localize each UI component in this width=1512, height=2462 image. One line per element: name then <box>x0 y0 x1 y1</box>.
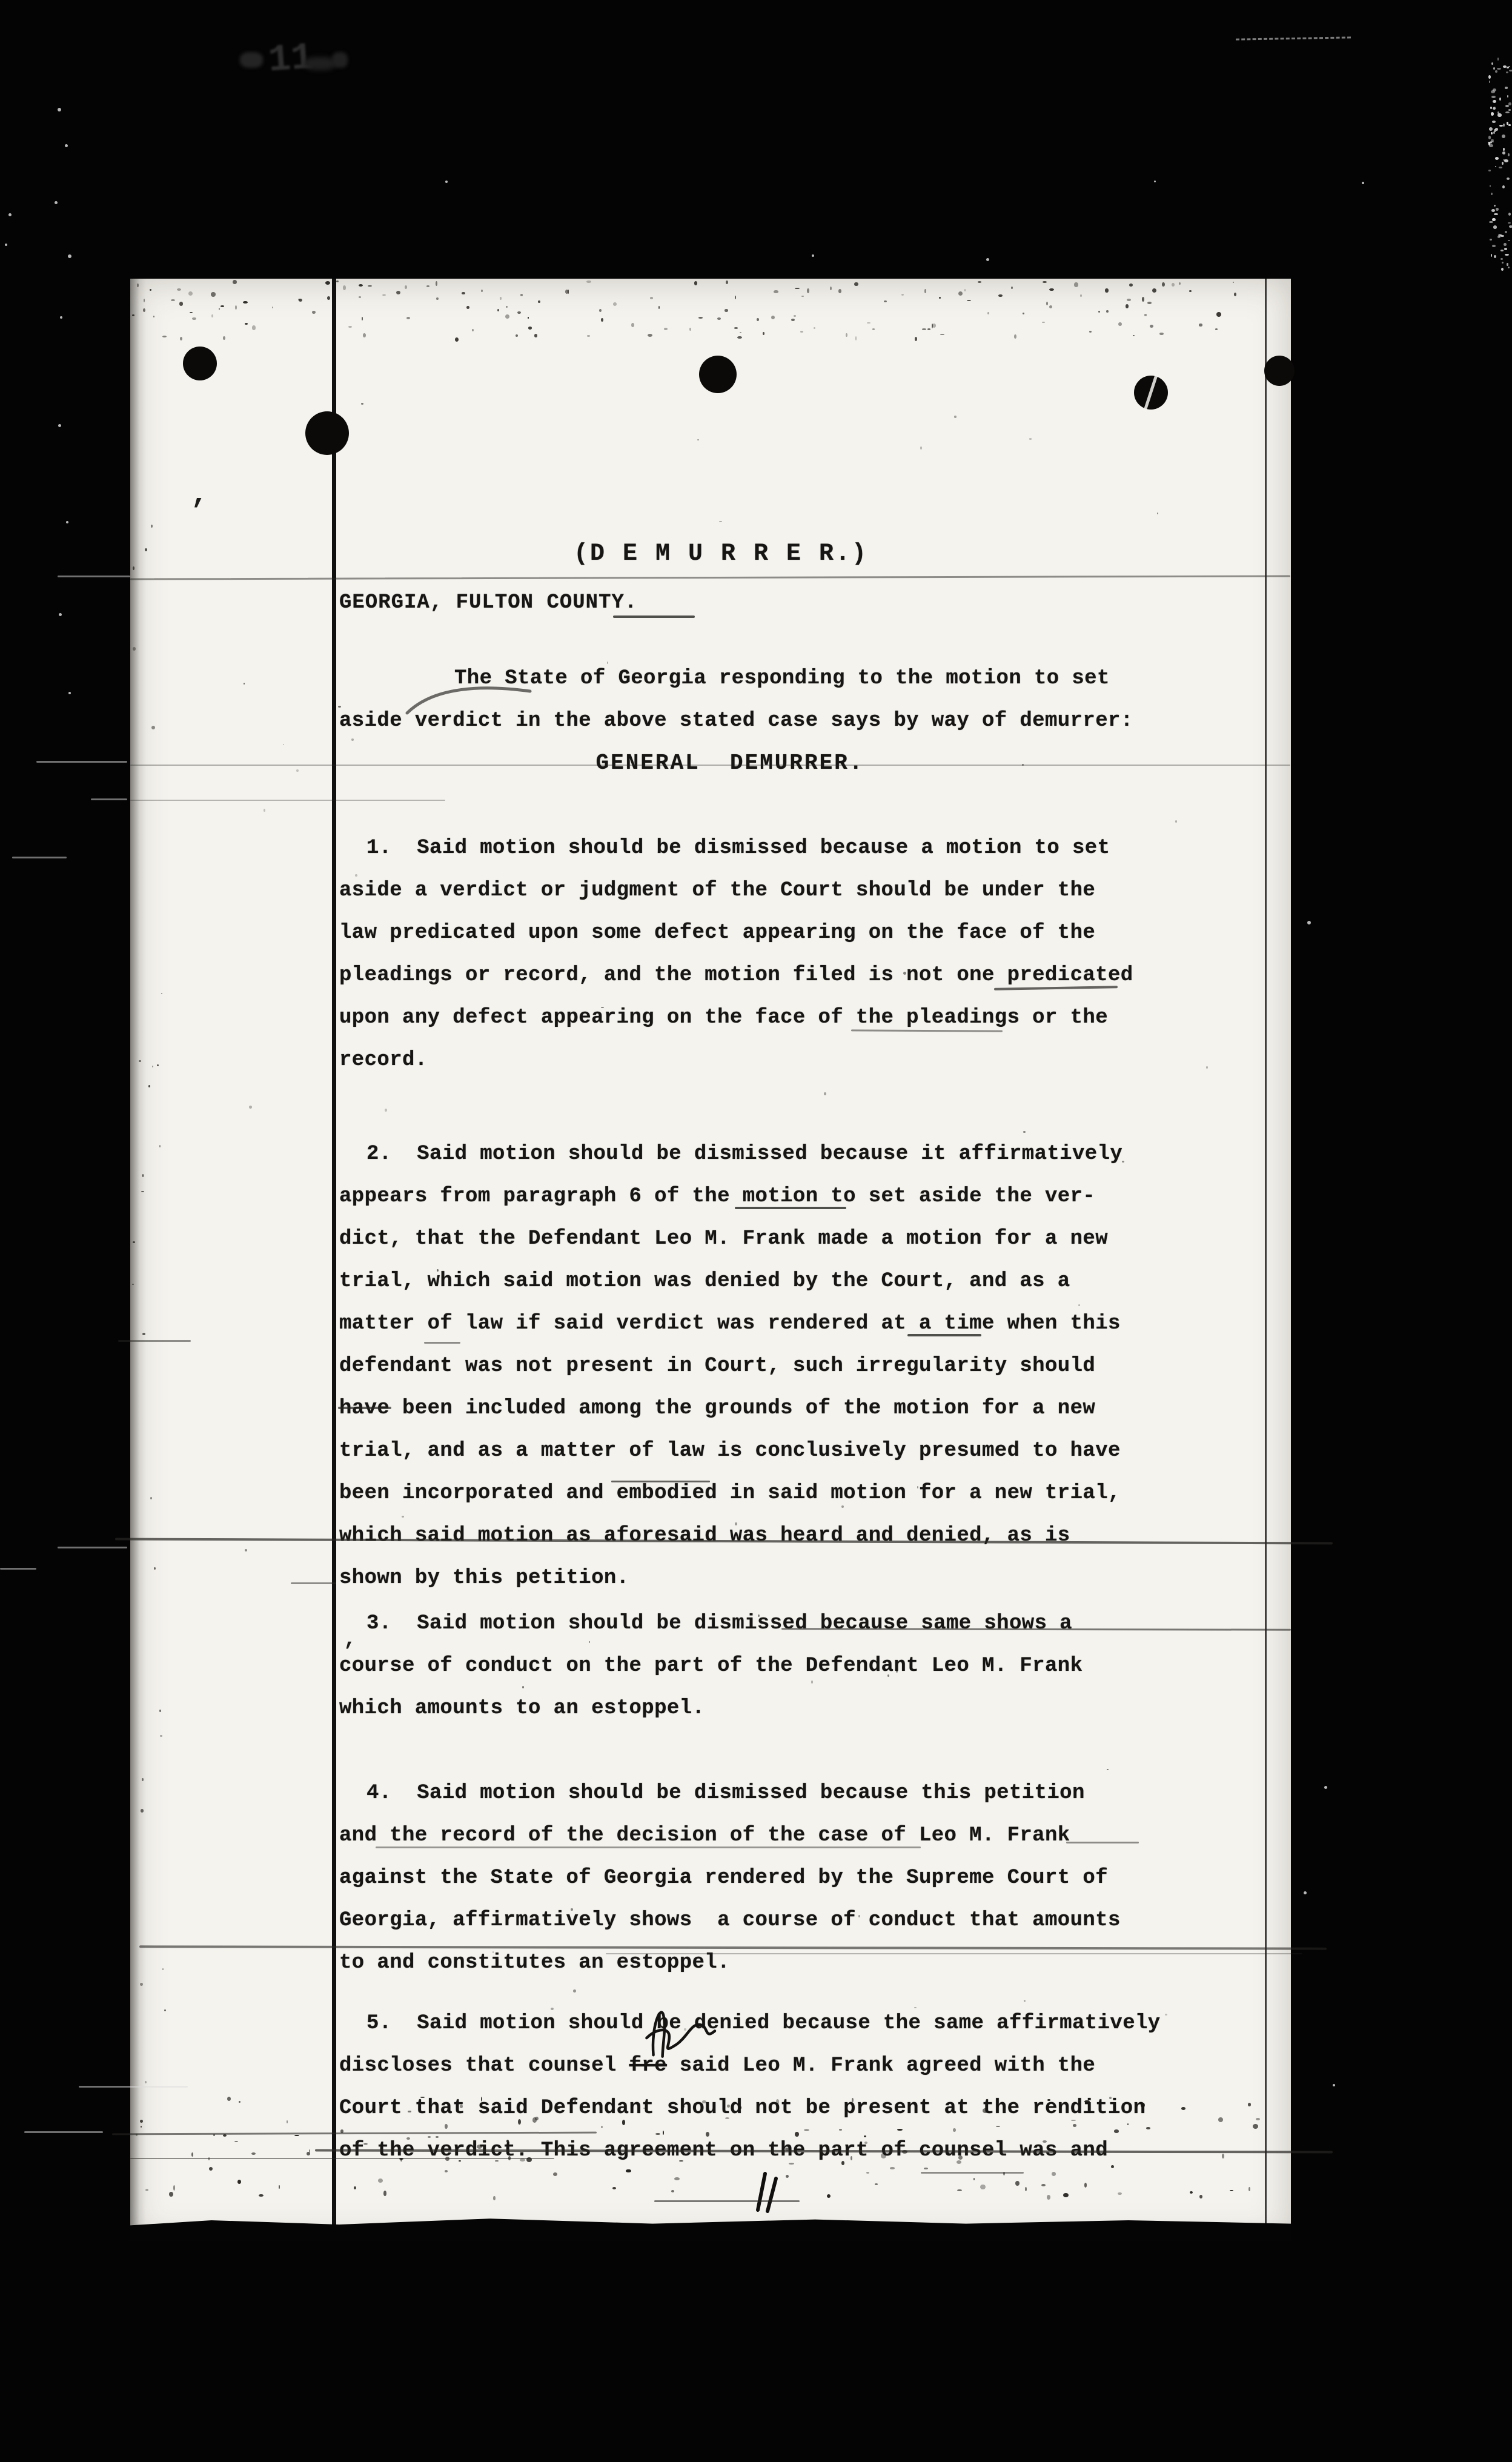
paper-speck <box>462 292 465 294</box>
paper-speck <box>136 2134 138 2137</box>
film-edge-speck <box>1502 151 1506 154</box>
film-edge-speck <box>1502 134 1505 138</box>
paper-speck <box>698 317 703 318</box>
film-top-blob <box>240 52 263 68</box>
film-edge-speck <box>1493 107 1496 110</box>
film-edge-speck <box>1499 167 1502 168</box>
line-segment: said Leo M. Frank agreed with the <box>667 2054 1095 2077</box>
paper-speck <box>866 2172 869 2174</box>
paper-speck <box>145 548 148 551</box>
paper-speck <box>133 647 136 650</box>
paper-speck <box>1126 304 1129 308</box>
paper-speck <box>296 769 298 772</box>
paper-speck <box>436 2136 439 2138</box>
paper-speck <box>351 738 354 741</box>
paper-speck <box>237 2180 241 2184</box>
paper-speck <box>1047 2195 1050 2200</box>
paper-speck <box>643 2108 645 2109</box>
paper-speck <box>648 334 652 337</box>
paper-speck <box>901 294 904 296</box>
margin-streak <box>79 2086 188 2088</box>
paper-speck <box>1142 297 1144 301</box>
paper-speck <box>655 2133 660 2135</box>
paper-speck <box>152 1066 154 1067</box>
text-line: law predicated upon some defect appearin… <box>339 912 1266 954</box>
white-fleck <box>68 692 71 694</box>
paper-speck <box>220 305 224 307</box>
paper-speck <box>382 294 386 296</box>
text-line: dict, that the Defendant Leo M. Frank ma… <box>339 1218 1266 1260</box>
paper-speck <box>795 2132 798 2137</box>
paper-speck <box>235 305 237 309</box>
paper-speck <box>571 1908 572 1911</box>
paper-speck <box>650 297 652 299</box>
paper-speck <box>672 848 674 851</box>
paper-speck <box>159 1710 161 1712</box>
paper-speck <box>1248 2187 1250 2191</box>
film-edge-speck <box>1508 213 1511 216</box>
film-edge-speck <box>1503 65 1507 68</box>
white-fleck <box>445 181 448 183</box>
film-edge-speck <box>1491 62 1493 65</box>
film-edge-speck <box>1493 67 1496 70</box>
paper-speck <box>402 1516 404 1518</box>
paper-speck <box>142 1778 144 1781</box>
text-line: record. <box>339 1039 1266 1081</box>
paper-speck <box>363 2143 368 2145</box>
paper-speck <box>209 2167 213 2171</box>
paper-speck <box>801 296 804 297</box>
film-edge-speck <box>1507 95 1508 98</box>
paper-speck <box>613 302 617 306</box>
paragraph-2: 2. Said motion should be dismissed becau… <box>339 1133 1266 1599</box>
paper-speck <box>173 2185 175 2191</box>
paper-speck <box>1111 2165 1113 2168</box>
scan-streak <box>654 2200 800 2202</box>
paper-speck <box>1118 322 1122 326</box>
text-line: 3. Said motion should be dismissed becau… <box>339 1602 1266 1645</box>
paper-speck <box>983 2108 987 2113</box>
paper-speck <box>1084 2100 1089 2103</box>
white-fleck <box>59 613 62 616</box>
film-edge-speck <box>1505 111 1510 113</box>
paper-speck <box>406 2137 411 2140</box>
paper-speck <box>518 2119 521 2125</box>
paper-speck <box>958 2155 963 2160</box>
margin-streak <box>91 798 127 800</box>
paper-speck <box>789 2163 794 2164</box>
film-edge-speck <box>1493 100 1496 103</box>
handwritten-page-mark <box>753 2170 780 2212</box>
paper-speck <box>890 2167 895 2169</box>
jurisdiction-line: GEORGIA, FULTON COUNTY. <box>339 582 1266 624</box>
white-fleck <box>5 244 7 246</box>
scan-streak <box>1066 1842 1139 1843</box>
paper-speck <box>208 2157 210 2160</box>
paper-speck <box>1011 287 1013 289</box>
paper-speck <box>574 2100 575 2103</box>
paper-speck <box>481 2097 482 2102</box>
paper-speck <box>526 2157 532 2162</box>
paper-speck <box>1199 324 1202 326</box>
text-line: trial, which said motion was denied by t… <box>339 1260 1266 1302</box>
paper-speck <box>325 281 330 285</box>
paper-speck <box>143 308 145 312</box>
paper-speck <box>939 297 941 298</box>
film-edge-speck <box>1507 67 1510 68</box>
film-edge-speck <box>1491 132 1493 134</box>
paper-speck <box>354 2186 356 2189</box>
paper-speck <box>922 2101 925 2104</box>
paper-speck <box>516 334 518 337</box>
white-fleck <box>8 213 12 216</box>
paper-speck <box>830 287 832 290</box>
scan-streak <box>613 615 695 618</box>
document-title: (D E M U R R E R.) <box>257 533 1184 576</box>
paper-speck <box>309 2149 310 2153</box>
paper-speck <box>506 2140 508 2143</box>
paragraph-1: 1. Said motion should be dismissed becau… <box>339 827 1266 1081</box>
text-line: 5. Said motion should be denied because … <box>339 2002 1266 2045</box>
paper-speck <box>493 2196 495 2201</box>
paper-speck <box>881 2153 886 2158</box>
paper-speck <box>1003 2172 1005 2175</box>
paper-speck <box>964 289 966 291</box>
paper-speck <box>786 2175 789 2178</box>
paper-speck <box>622 2120 626 2125</box>
paper-speck <box>1015 2181 1020 2186</box>
scan-streak <box>118 1340 191 1342</box>
paper-speck <box>151 726 155 729</box>
white-fleck <box>1307 921 1311 924</box>
white-fleck <box>1362 182 1364 184</box>
paper-speck <box>717 317 721 320</box>
text-line: 2. Said motion should be dismissed becau… <box>339 1133 1266 1175</box>
paper-speck <box>1162 282 1164 287</box>
scan-streak <box>921 2172 1024 2174</box>
paper-speck <box>852 2098 854 2102</box>
paper-speck <box>774 290 778 293</box>
paper-speck <box>776 2099 780 2104</box>
film-edge-speck <box>1492 218 1496 222</box>
paper-speck <box>854 282 858 287</box>
paper-speck <box>839 2129 842 2131</box>
film-edge-speck <box>1497 113 1501 117</box>
paper-speck <box>897 2129 903 2131</box>
text-line: and the record of the decision of the ca… <box>339 1814 1266 1857</box>
film-edge-speck <box>1491 96 1495 98</box>
paper-speck <box>428 2136 431 2138</box>
paper-speck <box>385 1109 387 1112</box>
film-edge-speck <box>1502 185 1505 188</box>
scan-streak <box>338 1407 391 1409</box>
paper-speck <box>599 309 602 312</box>
white-fleck <box>68 254 71 258</box>
paper-speck <box>312 311 316 314</box>
film-edge-speck <box>1505 231 1508 233</box>
film-edge-speck <box>1491 193 1493 195</box>
paper-speck <box>141 2126 142 2128</box>
paper-speck <box>252 325 256 330</box>
paper-speck <box>1029 438 1032 439</box>
margin-streak <box>24 2131 103 2133</box>
paper-speck <box>607 662 608 664</box>
paper-speck <box>137 284 138 287</box>
film-edge-speck <box>1505 87 1508 88</box>
paper-speck <box>684 2028 686 2031</box>
film-edge-speck <box>1508 240 1511 241</box>
paper-speck <box>1106 310 1109 313</box>
paper-speck <box>872 328 875 330</box>
paper-speck <box>681 2106 685 2107</box>
paper-speck <box>1114 2129 1119 2133</box>
film-edge-speck <box>1488 75 1491 79</box>
film-edge-speck <box>1507 122 1508 125</box>
paper-speck <box>151 525 153 528</box>
film-edge-speck <box>1489 144 1493 147</box>
paper-speck <box>1165 2014 1167 2015</box>
margin-streak <box>12 857 67 858</box>
paper-speck <box>223 2134 227 2137</box>
scan-streak <box>611 1481 710 1482</box>
paper-speck <box>436 297 439 300</box>
text-line: trial, and as a matter of law is conclus… <box>339 1430 1266 1472</box>
paper-speck <box>807 288 809 293</box>
paper-speck <box>340 2129 343 2132</box>
film-edge-speck <box>1495 166 1496 168</box>
paper-speck <box>1118 2192 1121 2195</box>
paper-speck <box>500 297 502 299</box>
paper-speck <box>445 2124 448 2129</box>
film-edge-speck <box>1494 255 1496 258</box>
paragraph-3: 3. Said motion should be dismissed becau… <box>339 1602 1266 1730</box>
paper-speck <box>243 301 247 304</box>
film-edge-speck <box>1508 102 1511 105</box>
paper-speck <box>517 311 520 314</box>
paper-speck <box>954 416 956 418</box>
paper-speck <box>702 2100 706 2103</box>
paper-speck <box>154 1567 156 1570</box>
paper-speck <box>139 1060 141 1062</box>
scanned-document-frame: 11 , , (D E M U R R E R.) GEORGIA, FULTO… <box>0 0 1512 2462</box>
margin-streak <box>58 1547 127 1548</box>
paper-speck <box>738 2105 740 2106</box>
white-fleck <box>1154 181 1156 182</box>
film-edge-speck <box>1490 239 1491 241</box>
paper-speck <box>601 2126 603 2128</box>
section-heading: GENERAL DEMURRER. <box>267 742 1193 785</box>
paper-speck <box>233 280 236 284</box>
paper-speck <box>223 336 225 339</box>
film-edge-speck <box>1488 170 1491 172</box>
film-edge-speck <box>1500 250 1503 251</box>
paper-speck <box>1063 2193 1069 2197</box>
text-line: matter of law if said verdict was render… <box>339 1302 1266 1345</box>
film-edge-speck <box>1508 109 1511 111</box>
film-edge-speck <box>1489 81 1491 83</box>
paper-speck <box>846 333 847 337</box>
paper-speck <box>264 809 265 812</box>
film-edge-speck <box>1509 225 1512 228</box>
paper-speck <box>967 300 972 301</box>
paper-speck <box>927 328 930 330</box>
paper-speck <box>211 292 216 297</box>
film-edge-speck <box>1502 262 1504 264</box>
film-edge-speck <box>1491 90 1495 93</box>
paper-speck <box>1253 2124 1258 2129</box>
paper-speck <box>1216 312 1221 317</box>
text-line: been incorporated and embodied in said m… <box>339 1472 1266 1515</box>
film-edge-speck <box>1495 157 1499 160</box>
film-edge-speck <box>1489 221 1493 223</box>
film-edge-speck <box>1508 153 1510 156</box>
film-edge-speck <box>1503 148 1505 151</box>
white-fleck <box>1324 1786 1327 1789</box>
paper-speck <box>932 324 936 328</box>
text-block: (D E M U R R E R.) GEORGIA, FULTON COUNT… <box>339 279 1266 2172</box>
paper-speck <box>804 2129 809 2131</box>
paper-speck <box>299 299 302 302</box>
text-line: aside a verdict or judgment of the Court… <box>339 869 1266 912</box>
margin-streak <box>36 761 127 763</box>
film-bottom-edge <box>130 2199 1291 2241</box>
scan-streak <box>291 1582 336 1584</box>
scan-streak <box>424 1342 460 1344</box>
paper-speck <box>142 1174 144 1177</box>
paper-speck <box>980 2185 985 2189</box>
paper-speck <box>169 2192 173 2197</box>
paper-speck <box>492 1951 494 1953</box>
paper-speck <box>1015 892 1018 894</box>
paper-speck <box>141 1809 144 1813</box>
film-top-blob <box>332 52 348 68</box>
paper-speck <box>459 2160 461 2162</box>
paper-speck <box>211 314 213 317</box>
paper-speck <box>858 1915 860 1917</box>
film-edge-speck <box>1490 185 1491 187</box>
paper-speck <box>978 281 981 283</box>
scan-streak <box>907 1334 981 1336</box>
paper-speck <box>150 1497 152 1499</box>
text-line: which said motion as aforesaid was heard… <box>339 1515 1266 1557</box>
white-fleck <box>58 108 61 111</box>
film-edge-speck <box>1497 58 1499 60</box>
film-edge-speck <box>1501 268 1504 271</box>
paper-speck <box>239 2101 240 2103</box>
paper-speck <box>884 300 887 302</box>
film-edge-speck <box>1499 125 1502 127</box>
paper-speck <box>150 289 151 290</box>
text-line: defendant was not present in Court, such… <box>339 1345 1266 1387</box>
film-edge-speck <box>1508 267 1510 268</box>
paper-speck <box>1025 2187 1027 2191</box>
paper-speck <box>279 2185 280 2188</box>
paper-speck <box>727 2105 729 2108</box>
paper-speck <box>161 993 162 994</box>
paper-speck <box>1133 335 1135 336</box>
film-edge-speck <box>1508 222 1511 224</box>
intro-line: The State of Georgia responding to the m… <box>339 657 1266 700</box>
film-edge-speck <box>1500 258 1504 260</box>
paper-speck <box>763 332 764 336</box>
paper-speck <box>1234 293 1236 296</box>
paper-speck <box>987 312 989 314</box>
paper-speck <box>674 2177 680 2180</box>
paper-speck <box>466 306 469 309</box>
paper-speck <box>164 2009 166 2011</box>
paper-speck <box>664 328 668 330</box>
film-edge-speck <box>1503 124 1504 127</box>
paper-speck <box>924 289 926 293</box>
film-top-blob <box>304 57 336 70</box>
paper-speck <box>1023 1131 1026 1133</box>
paper-speck <box>383 2191 386 2196</box>
paper-speck <box>234 2141 238 2142</box>
film-edge-speck <box>1502 162 1504 165</box>
scan-streak <box>376 1846 921 1848</box>
white-fleck <box>58 424 61 427</box>
paper-speck <box>142 1333 145 1335</box>
paper-speck <box>528 327 532 329</box>
paper-speck <box>998 294 1002 297</box>
paper-speck <box>520 294 523 296</box>
film-edge-speck <box>1493 225 1497 229</box>
paper-speck <box>824 1092 826 1095</box>
paper-speck <box>551 2008 554 2010</box>
stray-comma-mark: , <box>191 479 208 511</box>
film-edge-speck <box>1491 209 1495 212</box>
paper-speck <box>902 2150 907 2154</box>
paper-speck <box>1043 2140 1047 2143</box>
paper-speck <box>1141 2103 1145 2108</box>
paper-speck <box>162 1968 164 1970</box>
paper-speck <box>785 2148 789 2151</box>
text-line: discloses that counsel fre said Leo M. F… <box>339 2045 1266 2087</box>
paper-speck <box>259 2194 264 2197</box>
paper-speck <box>875 2183 878 2185</box>
paper-speck <box>245 1549 247 1552</box>
paper-speck <box>706 2132 709 2137</box>
paper-speck <box>368 285 372 287</box>
text-line: course of conduct on the part of the Def… <box>339 1645 1266 1687</box>
paper-speck <box>132 314 134 316</box>
white-fleck <box>986 258 989 261</box>
paper-speck <box>1071 2120 1076 2121</box>
paper-speck <box>631 323 634 328</box>
film-edge-speck <box>1509 70 1512 72</box>
paper-speck <box>735 1522 737 1525</box>
paper-speck <box>179 302 183 305</box>
paper-speck <box>758 1614 760 1617</box>
paper-speck <box>850 2156 852 2160</box>
film-edge-speck <box>1506 71 1508 73</box>
paper-speck <box>1199 2195 1202 2198</box>
paper-speck <box>145 2189 148 2191</box>
white-fleck <box>65 144 68 147</box>
paper-speck <box>1248 2103 1251 2106</box>
film-edge-speck <box>1494 213 1498 214</box>
margin-streak <box>58 576 130 577</box>
paper-speck <box>378 2178 383 2183</box>
paper-speck <box>528 317 529 318</box>
paper-speck <box>472 329 474 331</box>
paper-speck <box>157 1064 159 1066</box>
paper-speck <box>520 2158 525 2162</box>
film-edge-speck <box>1508 124 1511 125</box>
film-edge-speck <box>1504 248 1507 251</box>
paper-speck <box>132 1284 134 1285</box>
paper-speck <box>497 309 499 311</box>
